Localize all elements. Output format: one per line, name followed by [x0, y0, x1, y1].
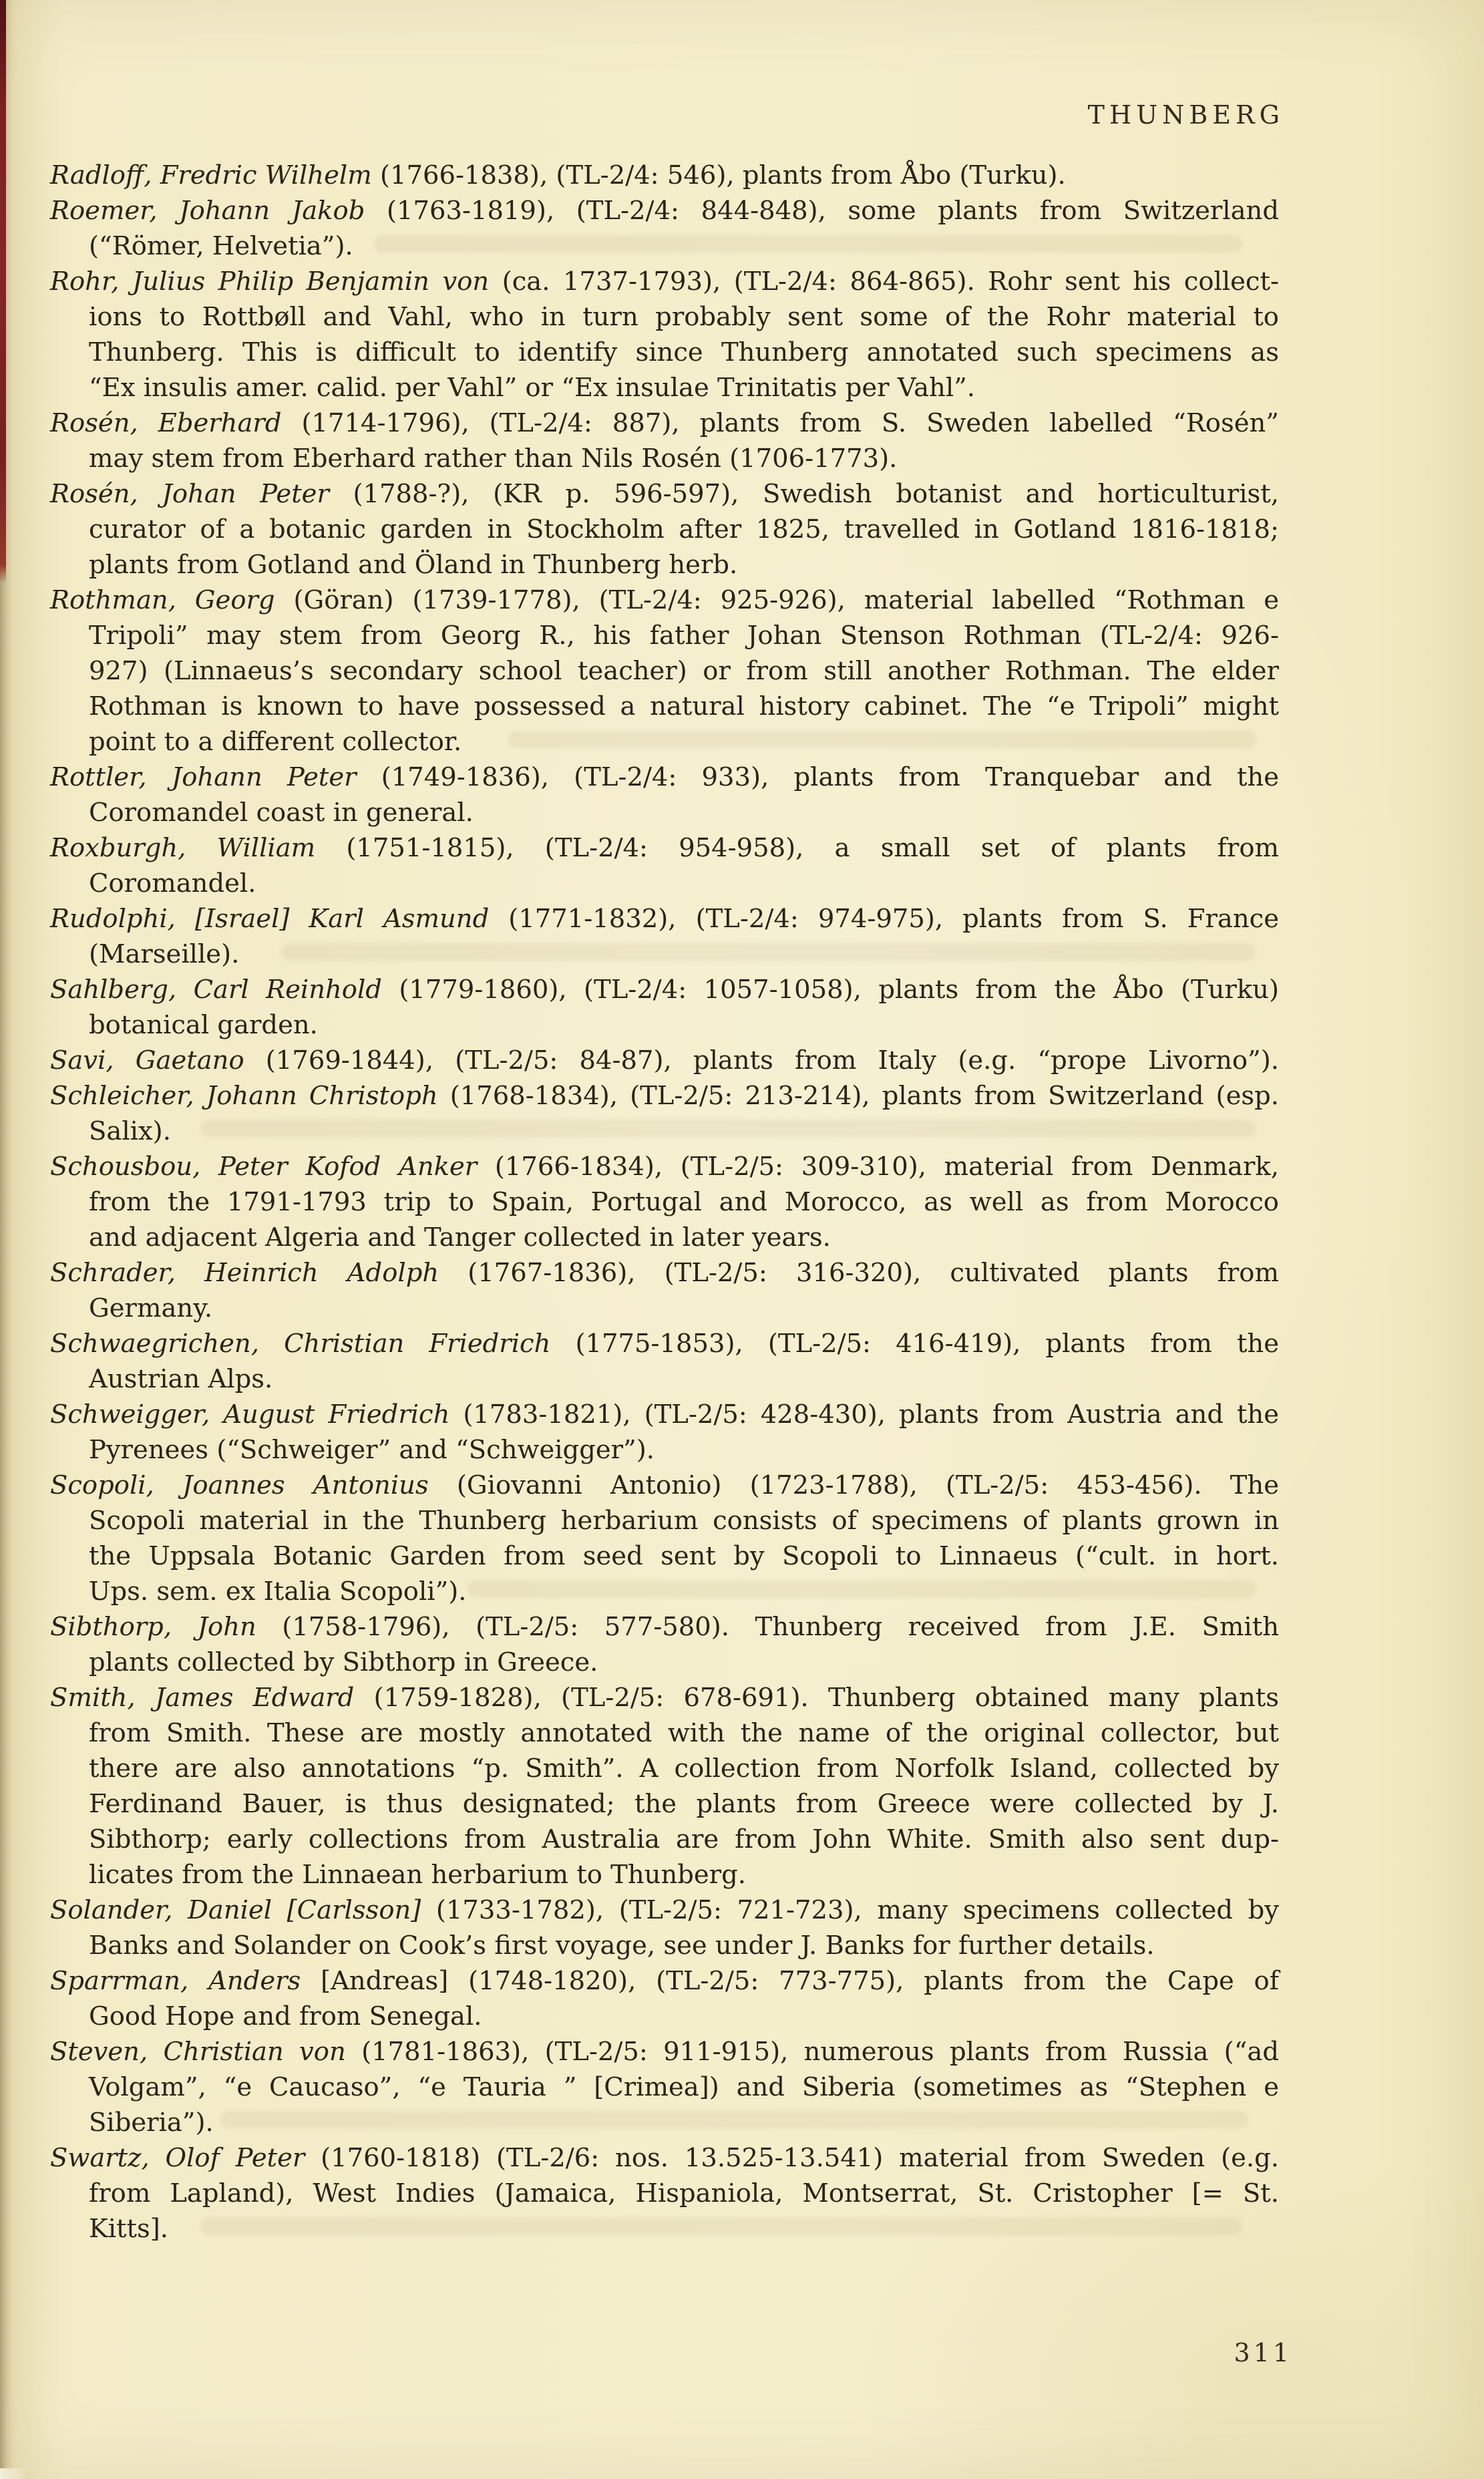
entry-text: Germany. [89, 1293, 212, 1323]
entry-line: Sparrman, Anders [Andreas] (1748-1820), … [50, 1963, 1279, 1999]
entry-line: Salix). [50, 1114, 1279, 1149]
entry-line: Rosén, Johan Peter (1788-?), (KR p. 596-… [50, 476, 1279, 512]
entry-collector-name: Schwaegrichen, Christian Friedrich [50, 1329, 550, 1359]
entry-line: Steven, Christian von (1781-1863), (TL-2… [50, 2034, 1279, 2070]
book-page: THUNBERG Radloff, Fredric Wilhelm (1766-… [0, 0, 1484, 2479]
entry-line: the Uppsala Botanic Garden from seed sen… [50, 1538, 1279, 1574]
entry-line: Sahlberg, Carl Reinhold (1779-1860), (TL… [50, 972, 1279, 1007]
entry-text: there are also annotations “p. Smith”. A… [89, 1754, 1279, 1784]
entry-text: (1749-1836), (TL-2/4: 933), plants from … [357, 762, 1279, 792]
entry: Roxburgh, William (1751-1815), (TL-2/4: … [50, 830, 1279, 901]
entry-line: Coromandel. [50, 866, 1279, 901]
entry-text: (1766-1834), (TL-2/5: 309-310), material… [477, 1152, 1279, 1182]
entry-line: Rudolphi, [Israel] Karl Asmund (1771-183… [50, 901, 1279, 937]
entry-text: (1767-1836), (TL-2/5: 316-320), cultivat… [439, 1258, 1279, 1288]
page-number: 311 [0, 2338, 1289, 2367]
entry-collector-name: Scopoli, Joannes Antonius [50, 1470, 429, 1500]
entry-line: plants from Gotland and Öland in Thunber… [50, 547, 1279, 583]
entry-line: from Lapland), West Indies (Jamaica, His… [50, 2176, 1279, 2211]
entry-text: (“Römer, Helvetia”). [89, 231, 353, 261]
entry: Rudolphi, [Israel] Karl Asmund (1771-183… [50, 901, 1279, 972]
entry: Rottler, Johann Peter (1749-1836), (TL-2… [50, 760, 1279, 830]
entry-text: Rothman is known to have possessed a nat… [89, 691, 1279, 721]
entry-text: Salix). [89, 1116, 171, 1146]
entry-line: there are also annotations “p. Smith”. A… [50, 1751, 1279, 1786]
entry-collector-name: Schrader, Heinrich Adolph [50, 1258, 439, 1288]
entry-line: from Smith. These are mostly annotated w… [50, 1715, 1279, 1751]
entry-text: from the 1791-1793 trip to Spain, Portug… [89, 1187, 1279, 1217]
entry-collector-name: Sibthorp, John [50, 1612, 256, 1642]
entry-collector-name: Rudolphi, [Israel] Karl Asmund [50, 904, 489, 934]
entry-collector-name: Schweigger, August Friedrich [50, 1399, 449, 1430]
entry-text: Pyrenees (“Schweiger” and “Schweigger”). [89, 1435, 655, 1465]
entry-collector-name: Roemer, Johann Jakob [50, 196, 365, 226]
entry-line: from the 1791-1793 trip to Spain, Portug… [50, 1184, 1279, 1220]
entry-line: Tripoli” may stem from Georg R., his fat… [50, 618, 1279, 653]
entry-line: and adjacent Algeria and Tanger collecte… [50, 1220, 1279, 1255]
entry-line: may stem from Eberhard rather than Nils … [50, 441, 1279, 476]
entry-line: Schweigger, August Friedrich (1783-1821)… [50, 1397, 1279, 1432]
entry-text: Banks and Solander on Cook’s first voyag… [89, 1931, 1155, 1961]
entry: Rosén, Johan Peter (1788-?), (KR p. 596-… [50, 476, 1279, 583]
entry-line: licates from the Linnaean herbarium to T… [50, 1857, 1279, 1892]
entry-text: ions to Rottbøll and Vahl, who in turn p… [89, 302, 1279, 332]
entry-text: (1769-1844), (TL-2/5: 84-87), plants fro… [244, 1045, 1279, 1076]
entry-text: (1771-1832), (TL-2/4: 974-975), plants f… [489, 904, 1279, 934]
entry-collector-name: Swartz, Olof Peter [50, 2143, 305, 2173]
entry-line: plants collected by Sibthorp in Greece. [50, 1645, 1279, 1680]
entry-line: Thunberg. This is difficult to identify … [50, 335, 1279, 370]
entry-text: Coromandel coast in general. [89, 798, 474, 828]
entry-text: (1760-1818) (TL-2/6: nos. 13.525-13.541)… [305, 2143, 1279, 2173]
entry-line: Schrader, Heinrich Adolph (1767-1836), (… [50, 1255, 1279, 1291]
entry-text: (1751-1815), (TL-2/4: 954-958), a small … [315, 833, 1279, 863]
entry-collector-name: Roxburgh, William [50, 833, 315, 863]
running-header-text: THUNBERG [1088, 100, 1284, 130]
entry-collector-name: Radloff, Fredric Wilhelm [50, 160, 372, 190]
entry-text: may stem from Eberhard rather than Nils … [89, 444, 897, 474]
entry-text: Ups. sem. ex Italia Scopoli”). [89, 1577, 467, 1607]
entry-collector-name: Savi, Gaetano [50, 1045, 244, 1076]
entry-text: “Ex insulis amer. calid. per Vahl” or “E… [89, 373, 975, 403]
entry: Savi, Gaetano (1769-1844), (TL-2/5: 84-8… [50, 1043, 1279, 1078]
entry-line: Volgam”, “e Caucaso”, “e Tauria ” [Crime… [50, 2070, 1279, 2105]
entry-text: (1783-1821), (TL-2/5: 428-430), plants f… [449, 1399, 1279, 1430]
entry-line: Savi, Gaetano (1769-1844), (TL-2/5: 84-8… [50, 1043, 1279, 1078]
entry-line: ions to Rottbøll and Vahl, who in turn p… [50, 299, 1279, 335]
entry-line: Swartz, Olof Peter (1760-1818) (TL-2/6: … [50, 2140, 1279, 2176]
entry-text: 927) (Linnaeus’s secondary school teache… [89, 656, 1279, 686]
entry-line: Rothman, Georg (Göran) (1739-1778), (TL-… [50, 583, 1279, 618]
entry-text: (Giovanni Antonio) (1723-1788), (TL-2/5:… [429, 1470, 1279, 1500]
entry-text: Tripoli” may stem from Georg R., his fat… [89, 621, 1279, 651]
entry-line: Sibthorp, John (1758-1796), (TL-2/5: 577… [50, 1609, 1279, 1645]
entry-text: botanical garden. [89, 1010, 318, 1040]
entry-collector-name: Solander, Daniel [Carlsson] [50, 1895, 421, 1925]
entry-line: Good Hope and from Senegal. [50, 1999, 1279, 2034]
entry-text: Ferdinand Bauer, is thus designated; the… [89, 1789, 1279, 1819]
entry: Rosén, Eberhard (1714-1796), (TL-2/4: 88… [50, 405, 1279, 476]
entry-collector-name: Schousbou, Peter Kofod Anker [50, 1152, 477, 1182]
entry-line: Schleicher, Johann Christoph (1768-1834)… [50, 1078, 1279, 1114]
entry-line: (“Römer, Helvetia”). [50, 228, 1279, 264]
entry-line: Rottler, Johann Peter (1749-1836), (TL-2… [50, 760, 1279, 795]
entry-line: Roemer, Johann Jakob (1763-1819), (TL-2/… [50, 193, 1279, 228]
entry-text: and adjacent Algeria and Tanger collecte… [89, 1222, 831, 1253]
entry-line: Ferdinand Bauer, is thus designated; the… [50, 1786, 1279, 1822]
entry: Smith, James Edward (1759-1828), (TL-2/5… [50, 1680, 1279, 1892]
entry-text: (ca. 1737-1793), (TL-2/4: 864-865). Rohr… [489, 267, 1279, 297]
entry-text: from Smith. These are mostly annotated w… [89, 1718, 1279, 1748]
entry-line: Schousbou, Peter Kofod Anker (1766-1834)… [50, 1149, 1279, 1184]
scan-bottom-edge [0, 2468, 27, 2479]
entry-text: licates from the Linnaean herbarium to T… [89, 1860, 746, 1890]
entry-collector-name: Sparrman, Anders [50, 1966, 301, 1996]
entry-line: Siberia”). [50, 2105, 1279, 2140]
entry-collector-name: Sahlberg, Carl Reinhold [50, 975, 382, 1005]
entries: Radloff, Fredric Wilhelm (1766-1838), (T… [50, 158, 1279, 2247]
entry-line: Banks and Solander on Cook’s first voyag… [50, 1928, 1279, 1963]
entry-text: (1759-1828), (TL-2/5: 678-691). Thunberg… [354, 1683, 1279, 1713]
entry: Schwaegrichen, Christian Friedrich (1775… [50, 1326, 1279, 1397]
entry-line: Smith, James Edward (1759-1828), (TL-2/5… [50, 1680, 1279, 1715]
entry-line: Rothman is known to have possessed a nat… [50, 689, 1279, 724]
entry: Swartz, Olof Peter (1760-1818) (TL-2/6: … [50, 2140, 1279, 2247]
entry-line: Sibthorp; early collections from Austral… [50, 1822, 1279, 1857]
entry-line: Coromandel coast in general. [50, 795, 1279, 830]
entry: Roemer, Johann Jakob (1763-1819), (TL-2/… [50, 193, 1279, 264]
entry-text: from Lapland), West Indies (Jamaica, His… [89, 2178, 1279, 2208]
entry-collector-name: Schleicher, Johann Christoph [50, 1081, 438, 1111]
entry-text: Kitts]. [89, 2214, 168, 2244]
entry: Schousbou, Peter Kofod Anker (1766-1834)… [50, 1149, 1279, 1255]
entry-line: Rohr, Julius Philip Benjamin von (ca. 17… [50, 264, 1279, 299]
entry-text: (Marseille). [89, 939, 239, 969]
entry-text: (1714-1796), (TL-2/4: 887), plants from … [281, 408, 1279, 438]
entry-text: point to a different collector. [89, 727, 461, 757]
entry-text: Thunberg. This is difficult to identify … [89, 337, 1279, 367]
entry-line: “Ex insulis amer. calid. per Vahl” or “E… [50, 370, 1279, 405]
entry-line: botanical garden. [50, 1007, 1279, 1043]
entry-text: (1768-1834), (TL-2/5: 213-214), plants f… [438, 1081, 1279, 1111]
entry: Sahlberg, Carl Reinhold (1779-1860), (TL… [50, 972, 1279, 1043]
entry-text: Scopoli material in the Thunberg herbari… [89, 1506, 1279, 1536]
entry-line: Roxburgh, William (1751-1815), (TL-2/4: … [50, 830, 1279, 866]
entry: Steven, Christian von (1781-1863), (TL-2… [50, 2034, 1279, 2140]
entry-text: curator of a botanic garden in Stockholm… [89, 514, 1279, 544]
entry-line: Germany. [50, 1291, 1279, 1326]
entry-text: the Uppsala Botanic Garden from seed sen… [89, 1541, 1279, 1571]
entry: Schweigger, August Friedrich (1783-1821)… [50, 1397, 1279, 1468]
entry-line: Scopoli, Joannes Antonius (Giovanni Anto… [50, 1468, 1279, 1503]
entry-collector-name: Rosén, Eberhard [50, 408, 281, 438]
entry-line: point to a different collector. [50, 724, 1279, 760]
entry-line: curator of a botanic garden in Stockholm… [50, 512, 1279, 547]
entry-text: Austrian Alps. [89, 1364, 272, 1394]
entry-text: plants collected by Sibthorp in Greece. [89, 1647, 598, 1677]
entry-collector-name: Rosén, Johan Peter [50, 479, 329, 509]
entry-text: (1763-1819), (TL-2/4: 844-848), some pla… [365, 196, 1279, 226]
entry-line: Austrian Alps. [50, 1361, 1279, 1397]
entry: Solander, Daniel [Carlsson] (1733-1782),… [50, 1892, 1279, 1963]
entry-text: Good Hope and from Senegal. [89, 2001, 482, 2031]
entry: Schleicher, Johann Christoph (1768-1834)… [50, 1078, 1279, 1149]
entry-text: Coromandel. [89, 868, 256, 898]
entry-line: Scopoli material in the Thunberg herbari… [50, 1503, 1279, 1538]
entry-line: (Marseille). [50, 937, 1279, 972]
entry-line: Pyrenees (“Schweiger” and “Schweigger”). [50, 1432, 1279, 1468]
entry-collector-name: Steven, Christian von [50, 2037, 346, 2067]
entry-text: (Göran) (1739-1778), (TL-2/4: 925-926), … [275, 585, 1279, 615]
entry-text: (1758-1796), (TL-2/5: 577-580). Thunberg… [256, 1612, 1279, 1642]
entry-text: plants from Gotland and Öland in Thunber… [89, 550, 737, 580]
entry-line: Ups. sem. ex Italia Scopoli”). [50, 1574, 1279, 1609]
entry-text: (1766-1838), (TL-2/4: 546), plants from … [372, 160, 1066, 190]
entry-collector-name: Rothman, Georg [50, 585, 275, 615]
entry-collector-name: Rohr, Julius Philip Benjamin von [50, 267, 489, 297]
entry-text: [Andreas] (1748-1820), (TL-2/5: 773-775)… [301, 1966, 1279, 1996]
entry-collector-name: Smith, James Edward [50, 1683, 354, 1713]
entry-line: 927) (Linnaeus’s secondary school teache… [50, 653, 1279, 689]
page-number-text: 311 [1234, 2338, 1292, 2367]
binding-edge-red-strip [0, 0, 6, 583]
entry-line: Kitts]. [50, 2211, 1279, 2247]
entry-line: Solander, Daniel [Carlsson] (1733-1782),… [50, 1892, 1279, 1928]
entry: Radloff, Fredric Wilhelm (1766-1838), (T… [50, 158, 1279, 193]
entry: Rohr, Julius Philip Benjamin von (ca. 17… [50, 264, 1279, 405]
entry-line: Radloff, Fredric Wilhelm (1766-1838), (T… [50, 158, 1279, 193]
entry-text: Sibthorp; early collections from Austral… [89, 1824, 1279, 1854]
entry: Sibthorp, John (1758-1796), (TL-2/5: 577… [50, 1609, 1279, 1680]
entry: Sparrman, Anders [Andreas] (1748-1820), … [50, 1963, 1279, 2034]
entry-line: Schwaegrichen, Christian Friedrich (1775… [50, 1326, 1279, 1361]
entry-text: (1781-1863), (TL-2/5: 911-915), numerous… [346, 2037, 1279, 2067]
entry-line: Rosén, Eberhard (1714-1796), (TL-2/4: 88… [50, 405, 1279, 441]
entry: Scopoli, Joannes Antonius (Giovanni Anto… [50, 1468, 1279, 1609]
running-header: THUNBERG [0, 100, 1280, 130]
entry-text: (1779-1860), (TL-2/4: 1057-1058), plants… [382, 975, 1279, 1005]
entry-text: (1788-?), (KR p. 596-597), Swedish botan… [329, 479, 1279, 509]
entry-text: (1733-1782), (TL-2/5: 721-723), many spe… [421, 1895, 1279, 1925]
entry-collector-name: Rottler, Johann Peter [50, 762, 357, 792]
entry-text: Siberia”). [89, 2108, 214, 2138]
entry: Rothman, Georg (Göran) (1739-1778), (TL-… [50, 583, 1279, 760]
entry-text: (1775-1853), (TL-2/5: 416-419), plants f… [550, 1329, 1279, 1359]
entry: Schrader, Heinrich Adolph (1767-1836), (… [50, 1255, 1279, 1326]
entry-text: Volgam”, “e Caucaso”, “e Tauria ” [Crime… [89, 2072, 1279, 2102]
